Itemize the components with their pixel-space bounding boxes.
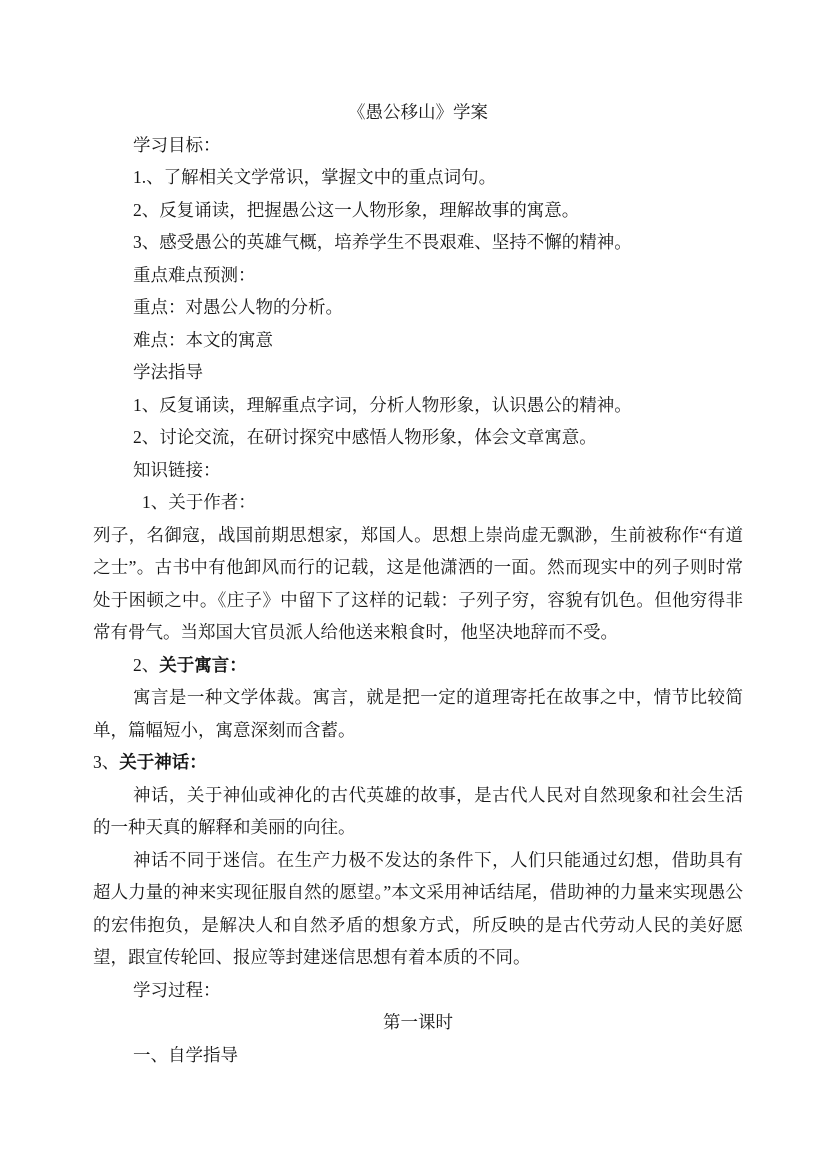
document-page: 《愚公移山》学案 学习目标： 1.、了解相关文学常识，掌握文中的重点词句。 2、…: [0, 0, 827, 1169]
difficult-point-item: 难点：本文的寓意: [93, 324, 743, 357]
heading-lesson-1: 第一课时: [93, 1006, 743, 1039]
myth-number: 3、: [93, 752, 119, 772]
author-paragraph: 列子，名御寇，战国前期思想家，郑国人。思想上崇尚虚无飘渺，生前被称作“有道之士”…: [93, 519, 743, 649]
heading-learning-goals: 学习目标：: [93, 129, 743, 162]
goal-item-1: 1.、了解相关文学常识，掌握文中的重点词句。: [93, 161, 743, 194]
about-author-label: 1、关于作者：: [93, 486, 743, 519]
myth-paragraph-1: 神话，关于神仙或神化的古代英雄的故事，是古代人民对自然现象和社会生活的一种天真的…: [93, 779, 743, 844]
method-item-1: 1、反复诵读，理解重点字词，分析人物形象，认识愚公的精神。: [93, 389, 743, 422]
document-title: 《愚公移山》学案: [93, 96, 743, 129]
document-content: 《愚公移山》学案 学习目标： 1.、了解相关文学常识，掌握文中的重点词句。 2、…: [0, 0, 827, 1071]
goal-item-2: 2、反复诵读，把握愚公这一人物形象，理解故事的寓意。: [93, 194, 743, 227]
fable-number: 2、: [133, 655, 159, 675]
fable-paragraph: 寓言是一种文学体裁。寓言，就是把一定的道理寄托在故事之中，情节比较简单，篇幅短小…: [93, 681, 743, 746]
about-myth-label: 3、关于神话：: [93, 746, 743, 779]
heading-study-methods: 学法指导: [93, 356, 743, 389]
key-point-item: 重点：对愚公人物的分析。: [93, 291, 743, 324]
goal-item-3: 3、感受愚公的英雄气概，培养学生不畏艰难、坚持不懈的精神。: [93, 226, 743, 259]
heading-self-study: 一、自学指导: [93, 1039, 743, 1072]
about-fable-label: 2、关于寓言：: [93, 649, 743, 682]
method-item-2: 2、讨论交流，在研讨探究中感悟人物形象，体会文章寓意。: [93, 421, 743, 454]
myth-label-text: 关于神话：: [119, 752, 207, 772]
myth-paragraph-2: 神话不同于迷信。在生产力极不发达的条件下，人们只能通过幻想，借助具有超人力量的神…: [93, 844, 743, 974]
heading-key-points: 重点难点预测：: [93, 259, 743, 292]
heading-knowledge-links: 知识链接：: [93, 454, 743, 487]
fable-label-text: 关于寓言：: [159, 655, 247, 675]
heading-learning-process: 学习过程：: [93, 974, 743, 1007]
